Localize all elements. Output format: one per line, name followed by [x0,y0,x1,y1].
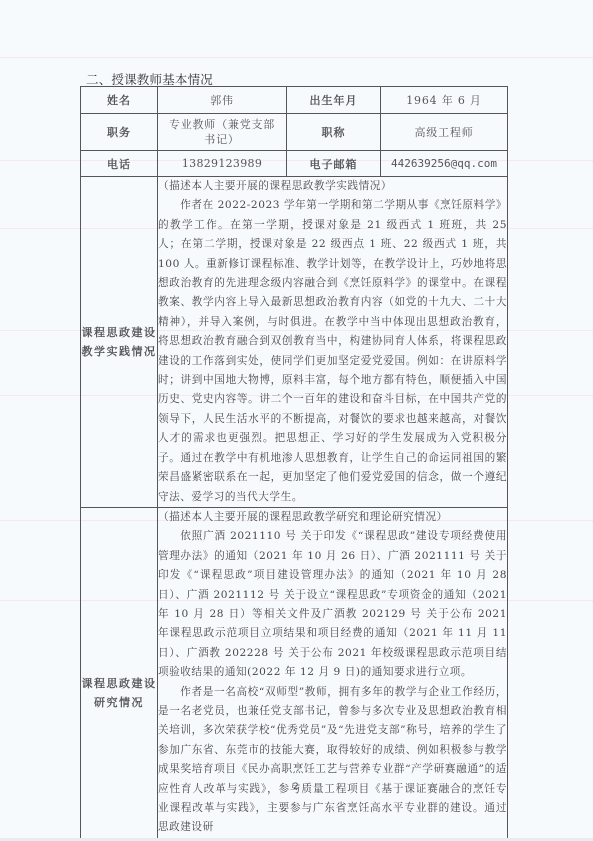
email-label: 电子邮箱 [287,151,381,177]
table-row-practice: 课程思政建设教学实践情况 （描述本人主要开展的课程思政教学实践情况） 作者在 2… [81,177,508,508]
phone-label: 电话 [81,151,158,177]
research-paragraph-1: 依照广酒 2021110 号 关于印发《“课程思政”建设专项经费使用管理办法》的… [158,527,507,682]
title-label: 职称 [287,114,381,151]
birth-label: 出生年月 [287,87,381,114]
name-label: 姓名 [81,87,158,114]
birth-value: 1964 年 6 月 [381,87,508,114]
name-value: 郭伟 [158,87,287,114]
email-value: 442639256@qq.com [381,151,508,177]
scan-artifact-line [0,57,593,58]
practice-paragraph: 作者在 2022-2023 学年第一学期和第二学期从事《烹饪原料学》的教学工作。… [158,196,507,507]
practice-section-content: （描述本人主要开展的课程思政教学实践情况） 作者在 2022-2023 学年第一… [158,177,508,508]
teacher-info-table: 姓名 郭伟 出生年月 1964 年 6 月 职务 专业教师（兼党支部书记） 职称… [80,86,508,839]
phone-value: 13829123989 [158,151,287,177]
page-number: 2 [293,782,299,792]
position-label: 职务 [81,114,158,151]
table-row-contact: 电话 13829123989 电子邮箱 442639256@qq.com [81,151,508,177]
table-row-name: 姓名 郭伟 出生年月 1964 年 6 月 [81,87,508,114]
title-value: 高级工程师 [381,114,508,151]
research-section-label: 课程思政建设研究情况 [81,507,158,838]
position-value: 专业教师（兼党支部书记） [158,114,287,151]
research-prompt: （描述本人主要开展的课程思政教学研究和理论研究情况） [158,508,507,527]
practice-section-label: 课程思政建设教学实践情况 [81,177,158,508]
research-section-content: （描述本人主要开展的课程思政教学研究和理论研究情况） 依照广酒 2021110 … [158,507,508,838]
table-row-position: 职务 专业教师（兼党支部书记） 职称 高级工程师 [81,114,508,151]
practice-prompt: （描述本人主要开展的课程思政教学实践情况） [158,177,507,196]
research-paragraph-2: 作者是一名高校“双师型”教师，拥有多年的教学与企业工作经历，是一名老党员，也兼任… [158,683,507,838]
